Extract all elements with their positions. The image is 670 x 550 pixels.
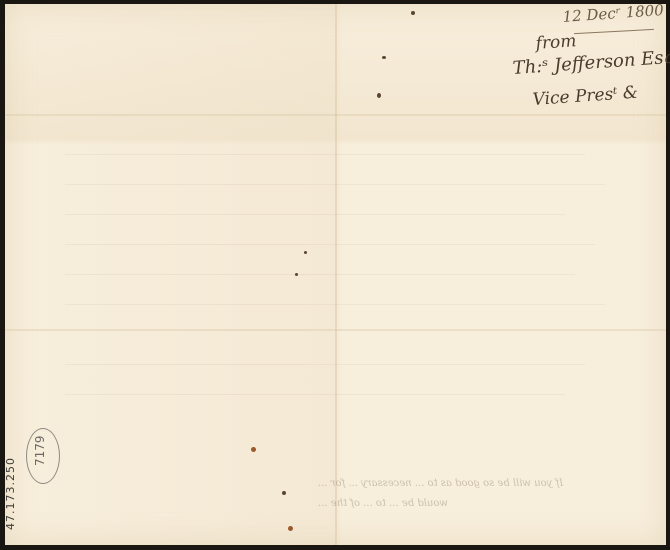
bleed-through-line xyxy=(65,244,595,245)
bleed-through-line xyxy=(65,394,565,395)
ink-spot xyxy=(304,251,307,254)
bleed-through-text-line-2: would be ... to ... of the ... xyxy=(318,498,448,509)
manuscript-page xyxy=(5,4,666,545)
ink-spot xyxy=(382,56,386,59)
bleed-through-line xyxy=(65,304,605,305)
bleed-through-line xyxy=(65,364,585,365)
ink-spot xyxy=(377,93,381,98)
bleed-through-line xyxy=(65,274,575,275)
foxing-spot xyxy=(251,447,256,452)
circled-number: 7179 xyxy=(33,435,47,466)
foxing-spot xyxy=(288,526,293,531)
ink-spot xyxy=(295,273,298,276)
accession-number: 47.173.250 xyxy=(4,457,17,530)
horizontal-fold-line xyxy=(5,114,666,116)
bleed-through-line xyxy=(65,214,565,215)
ink-spot xyxy=(282,491,286,495)
horizontal-fold-line xyxy=(5,329,666,331)
bleed-through-line xyxy=(65,154,585,155)
docket-from-label: from xyxy=(535,31,577,54)
bleed-through-line xyxy=(65,184,605,185)
ink-spot xyxy=(411,11,415,15)
bleed-through-text-line-1: If you will be so good as to ... necessa… xyxy=(318,478,563,489)
